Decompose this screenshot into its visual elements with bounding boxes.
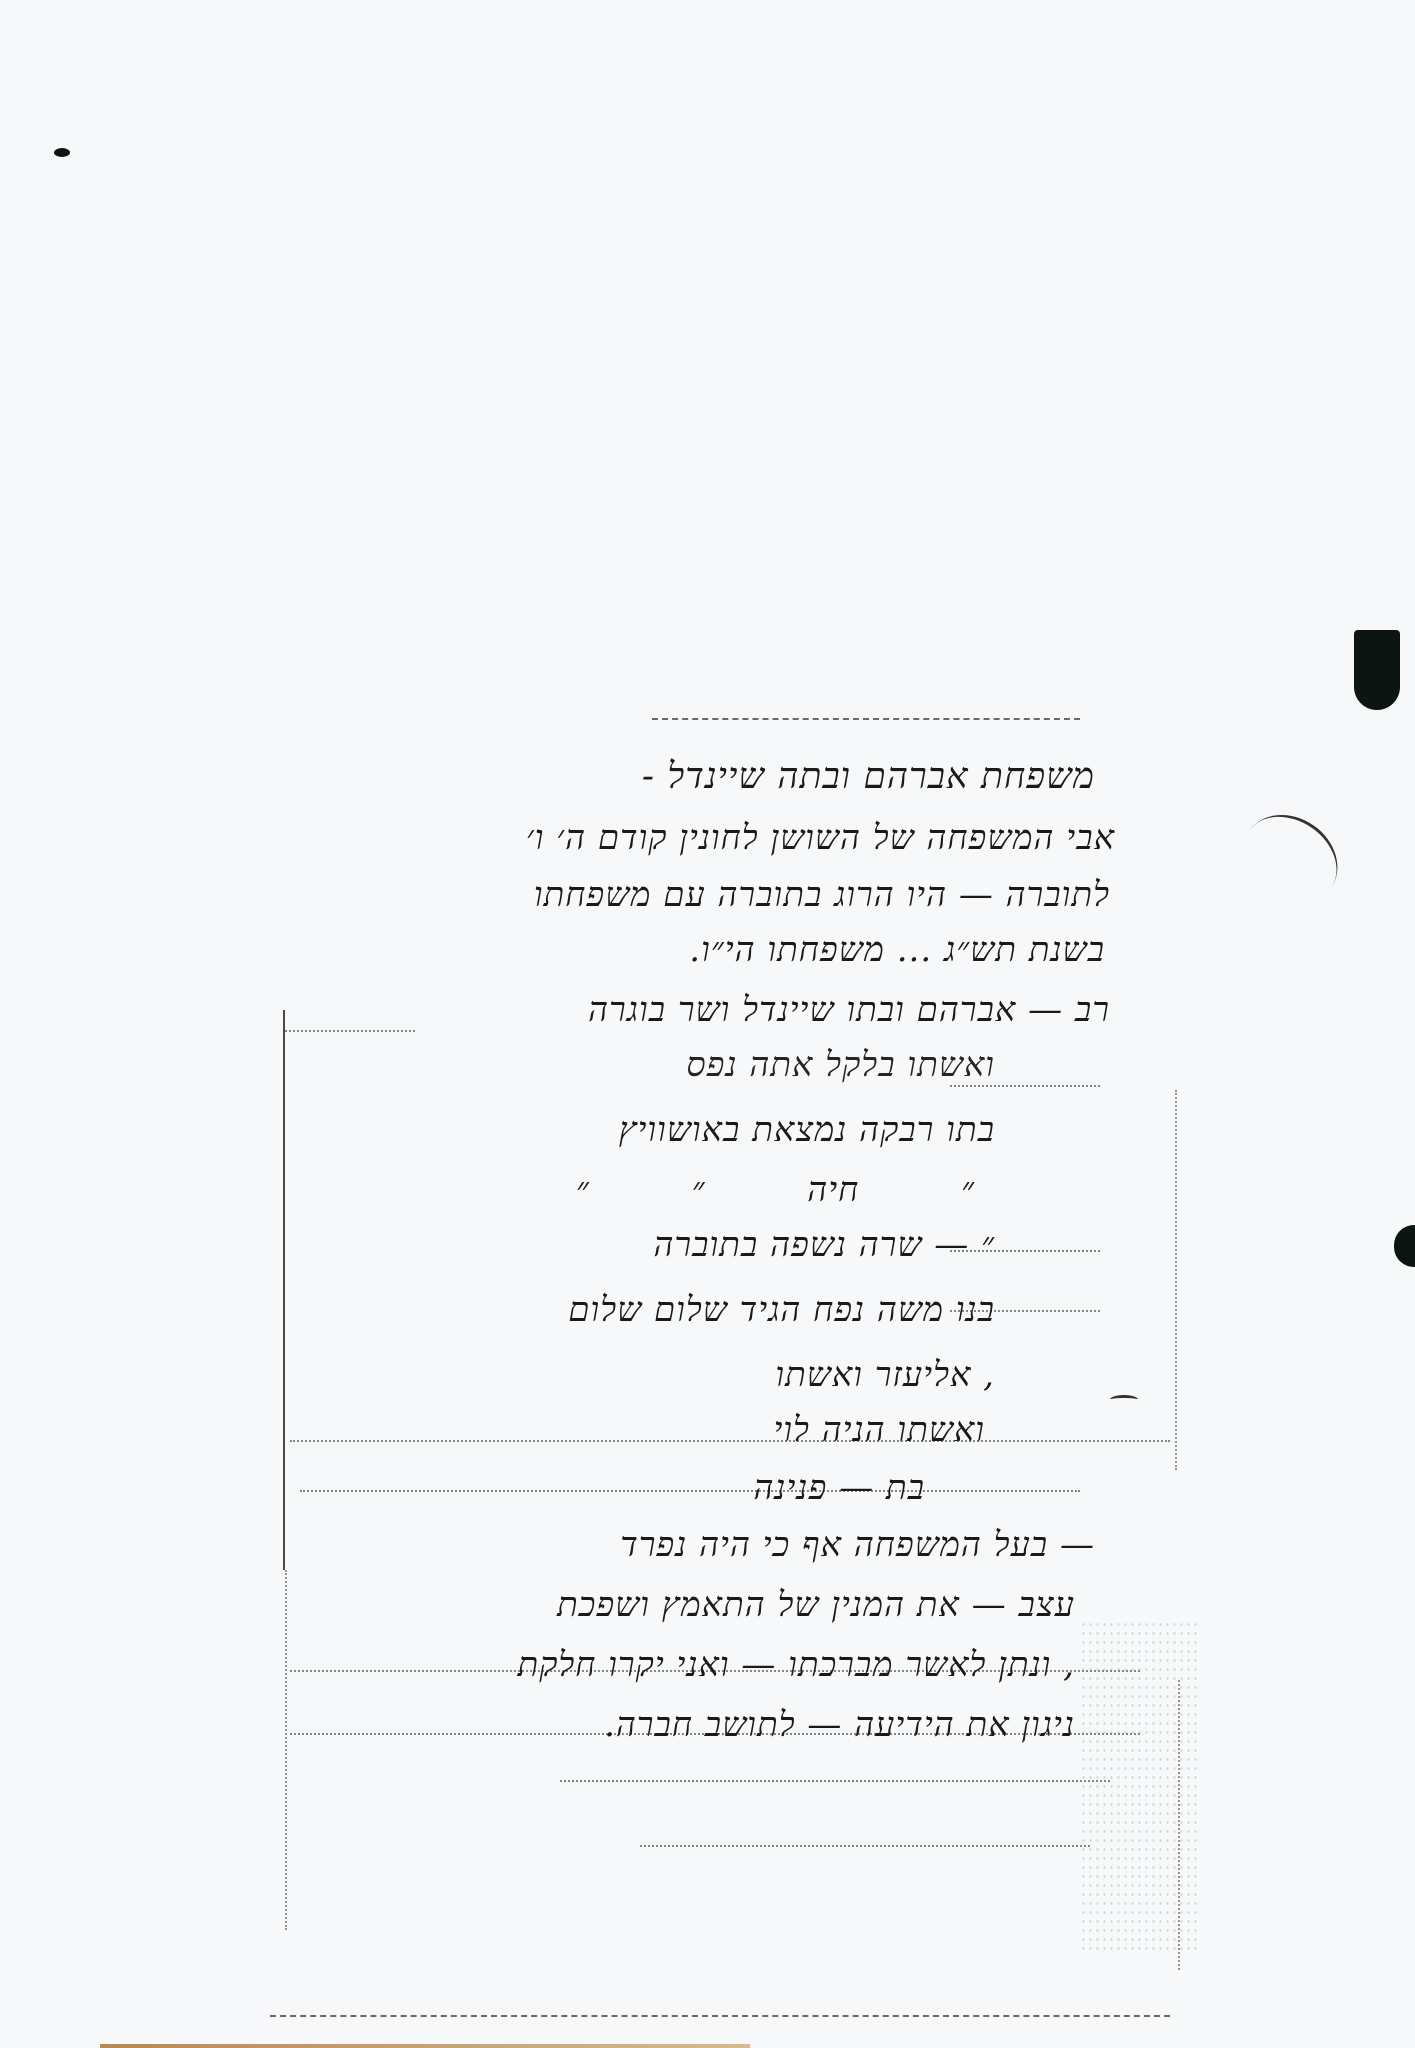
handwritten-line-17: ניגון את הידיעה — לתושב חברה. (604, 1705, 1075, 1745)
handwritten-line-16: , ונתן לאשר מברכתו — ואני יקרו חלקת (517, 1645, 1075, 1685)
ruled-line (285, 1030, 415, 1032)
scanned-document-page: משפחת אברהם ובתה שיינדל - אבי המשפחה של … (0, 0, 1415, 2048)
ink-blot-top-left (54, 148, 70, 157)
right-margin-line (1175, 1090, 1177, 1470)
handwritten-line-2: אבי המשפחה של השושן לחונין קודם ה׳ ו׳ (526, 818, 1115, 858)
handwritten-line-7: בתו רבקה נמצאת באושוויץ (619, 1110, 995, 1150)
handwritten-line-14: — בעל המשפחה אף כי היה נפרד (620, 1525, 1095, 1565)
ruled-line (640, 1845, 1090, 1847)
bottom-rule (270, 2015, 1170, 2017)
handwritten-line-12: ואשתו הניה לוי (773, 1410, 985, 1450)
handwritten-line-15: עצב — את המנין של התאמץ ושפכת (557, 1585, 1075, 1625)
punch-hole-mark-upper (1354, 630, 1400, 710)
left-margin-line (283, 1010, 285, 1570)
ruled-line (300, 1490, 1080, 1492)
handwritten-line-9: ״ — שרה נשפה בתוברה (653, 1225, 995, 1265)
handwritten-line-11: , אליעזר ואשתו (775, 1355, 995, 1395)
handwritten-line-13: בת — פנינה (754, 1468, 926, 1508)
top-rule (652, 718, 1080, 720)
scan-noise (1080, 1620, 1200, 1950)
ruled-line (560, 1780, 1110, 1782)
handwritten-line-5: רב — אברהם ובתו שיינדל ושר בוגרה (588, 990, 1110, 1030)
ruled-line (950, 1085, 1100, 1087)
handwritten-line-1: משפחת אברהם ובתה שיינדל - (642, 755, 1095, 797)
handwritten-line-6-full: ואשתו בלקל אתה נפס (686, 1045, 995, 1085)
scan-edge-strip (100, 2044, 750, 2048)
handwritten-line-10: בנו משה נפח הגיד שלום שלום (568, 1290, 995, 1330)
handwritten-line-3: לתוברה — היו הרוג בתוברה עם משפחתו (534, 875, 1110, 915)
ruled-line (290, 1440, 1170, 1442)
left-margin-line-lower (285, 1570, 287, 1930)
pen-stroke-mark (1225, 797, 1355, 922)
handwritten-line-4: בשנת תש״ג ... משפחתו הי״ו. (689, 930, 1105, 970)
punch-hole-mark-lower (1394, 1225, 1415, 1267)
handwritten-line-8: ״ חיה ״ ״ (576, 1170, 975, 1210)
pen-stroke-mark (1110, 1395, 1138, 1404)
